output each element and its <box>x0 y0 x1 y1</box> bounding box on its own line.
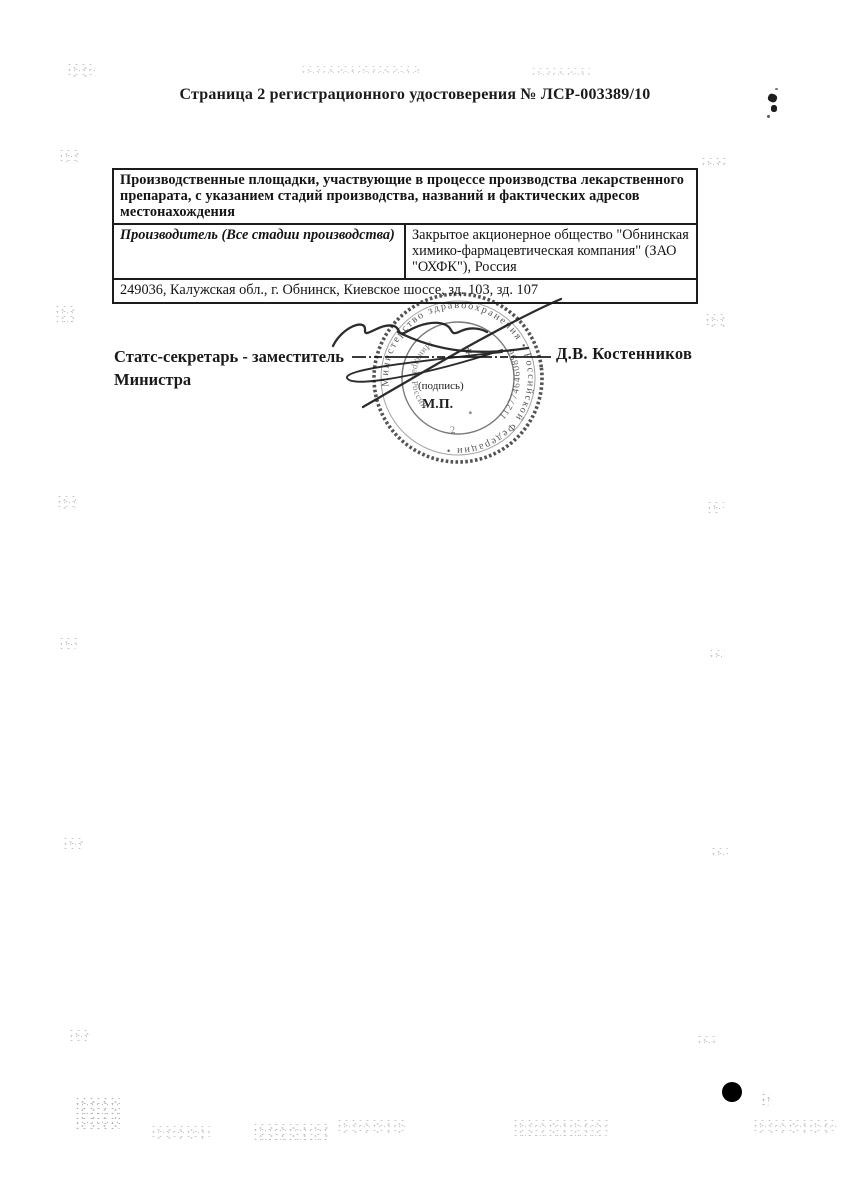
stamp-and-signature-svg: Министерство здравоохранения • Российско… <box>300 286 644 472</box>
ink-speck <box>767 115 770 118</box>
ink-speck <box>771 105 777 112</box>
ink-speck <box>775 88 778 90</box>
scan-noise <box>74 1096 120 1130</box>
stamp-small-mark: 2 <box>450 425 456 437</box>
scanned-certificate-page: Страница 2 регистрационного удостоверени… <box>0 0 849 1200</box>
scan-noise <box>66 62 96 78</box>
production-sites-table: Производственные площадки, участвующие в… <box>112 168 698 304</box>
scan-noise <box>252 1122 330 1140</box>
scan-noise <box>336 1118 408 1135</box>
producer-value-cell: Закрытое акционерное общество "Обнинская… <box>405 224 697 279</box>
scan-noise <box>752 1118 836 1135</box>
scan-noise <box>62 836 83 849</box>
scan-noise <box>706 500 724 513</box>
scan-noise <box>58 148 80 162</box>
scan-noise <box>696 1034 715 1045</box>
scan-noise <box>700 156 726 168</box>
scan-noise <box>704 312 726 328</box>
scan-noise <box>530 66 590 76</box>
scan-noise <box>56 494 76 509</box>
scan-noise <box>708 648 725 659</box>
table-row: Производитель (Все стадии производства) … <box>113 224 697 279</box>
stamp-dot <box>469 411 472 414</box>
scan-noise <box>760 1092 770 1106</box>
scan-noise <box>150 1124 210 1139</box>
scan-noise <box>68 1028 89 1041</box>
black-dot-mark <box>722 1082 742 1102</box>
scan-noise <box>710 846 728 857</box>
scan-noise <box>300 64 420 75</box>
scan-noise <box>512 1118 608 1136</box>
scan-noise <box>54 304 74 324</box>
table-header-cell: Производственные площадки, участвующие в… <box>113 169 697 224</box>
producer-label-cell: Производитель (Все стадии производства) <box>113 224 405 279</box>
page-header-line: Страница 2 регистрационного удостоверени… <box>0 86 830 104</box>
scan-noise <box>58 636 77 649</box>
